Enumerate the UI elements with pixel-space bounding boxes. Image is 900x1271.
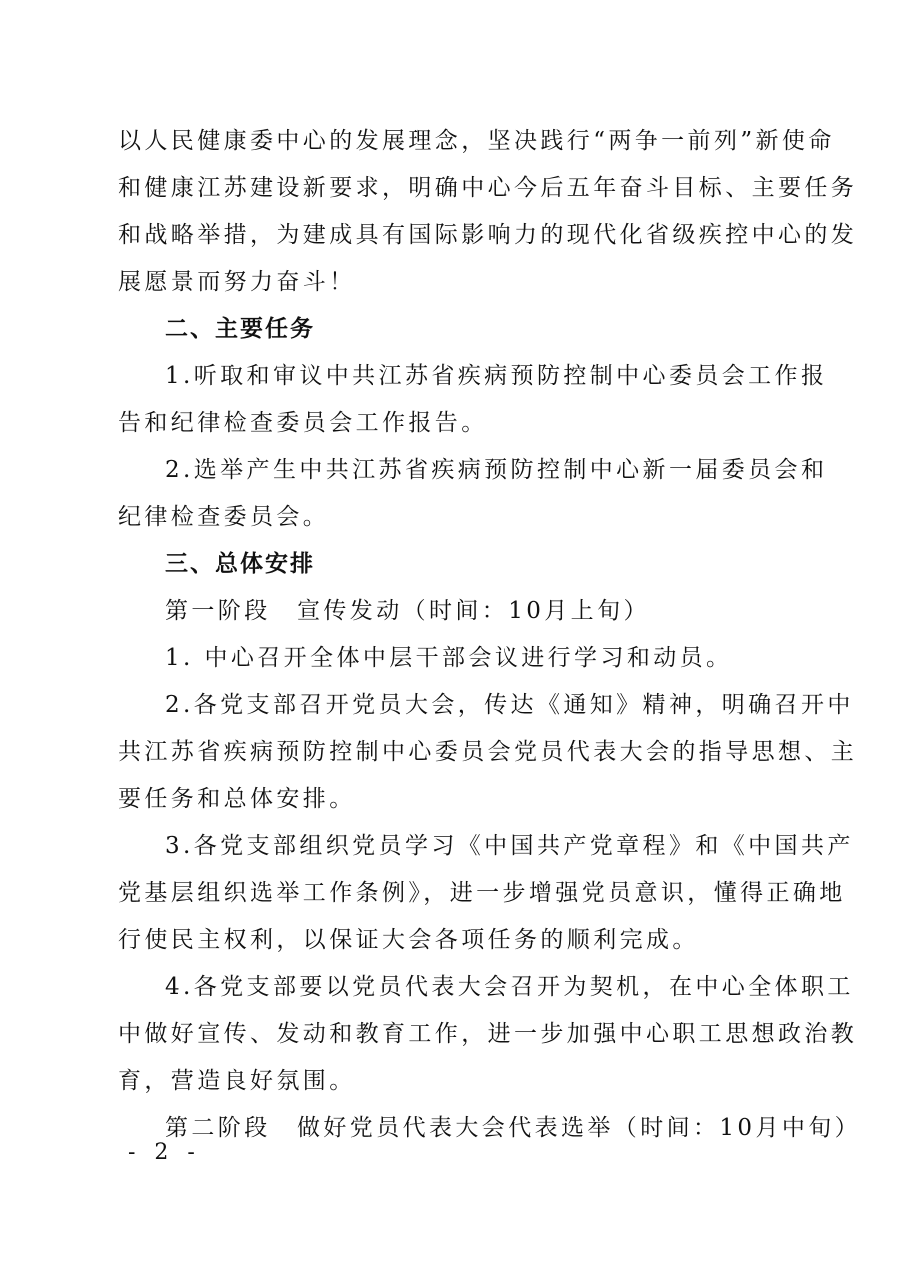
paragraph-line: 1.听取和审议中共江苏省疾病预防控制中心委员会工作报 <box>165 361 827 391</box>
paragraph-line: 2.选举产生中共江苏省疾病预防控制中心新一届委员会和 <box>165 455 827 485</box>
paragraph-line: 和健康江苏建设新要求，明确中心今后五年奋斗目标、主要任务 <box>118 173 857 203</box>
paragraph-line: 第二阶段 做好党员代表大会代表选举（时间：10月中旬） <box>165 1113 861 1143</box>
paragraph-line: 告和纪律检查委员会工作报告。 <box>118 408 488 438</box>
paragraph-line: 4.各党支部要以党员代表大会召开为契机，在中心全体职工 <box>165 972 854 1002</box>
paragraph-line: 党基层组织选举工作条例》，进一步增强党员意识，懂得正确地 <box>118 878 846 908</box>
section-heading: 二、主要任务 <box>165 314 315 344</box>
paragraph-line: 共江苏省疾病预防控制中心委员会党员代表大会的指导思想、主 <box>118 737 857 767</box>
paragraph-line: 纪律检查委员会。 <box>118 502 329 532</box>
paragraph-line: 行使民主权利，以保证大会各项任务的顺利完成。 <box>118 925 699 955</box>
paragraph-line: 育，营造良好氛围。 <box>118 1066 356 1096</box>
paragraph-line: 和战略举措，为建成具有国际影响力的现代化省级疾控中心的发 <box>118 220 857 250</box>
page-number: - 2 - <box>128 1140 201 1165</box>
paragraph-line: 展愿景而努力奋斗！ <box>118 267 356 297</box>
paragraph-line: 要任务和总体安排。 <box>118 784 356 814</box>
paragraph-line: 第一阶段 宣传发动（时间：10月上旬） <box>165 596 650 626</box>
section-heading: 三、总体安排 <box>165 549 315 579</box>
paragraph-line: 3.各党支部组织党员学习《中国共产党章程》和《中国共产 <box>165 831 854 861</box>
paragraph-line: 以人民健康委中心的发展理念，坚决践行“两争一前列”新使命 <box>118 126 835 156</box>
paragraph-line: 1. 中心召开全体中层干部会议进行学习和动员。 <box>165 643 732 673</box>
paragraph-line: 2.各党支部召开党员大会，传达《通知》精神，明确召开中 <box>165 690 854 720</box>
paragraph-line: 中做好宣传、发动和教育工作，进一步加强中心职工思想政治教 <box>118 1019 857 1049</box>
